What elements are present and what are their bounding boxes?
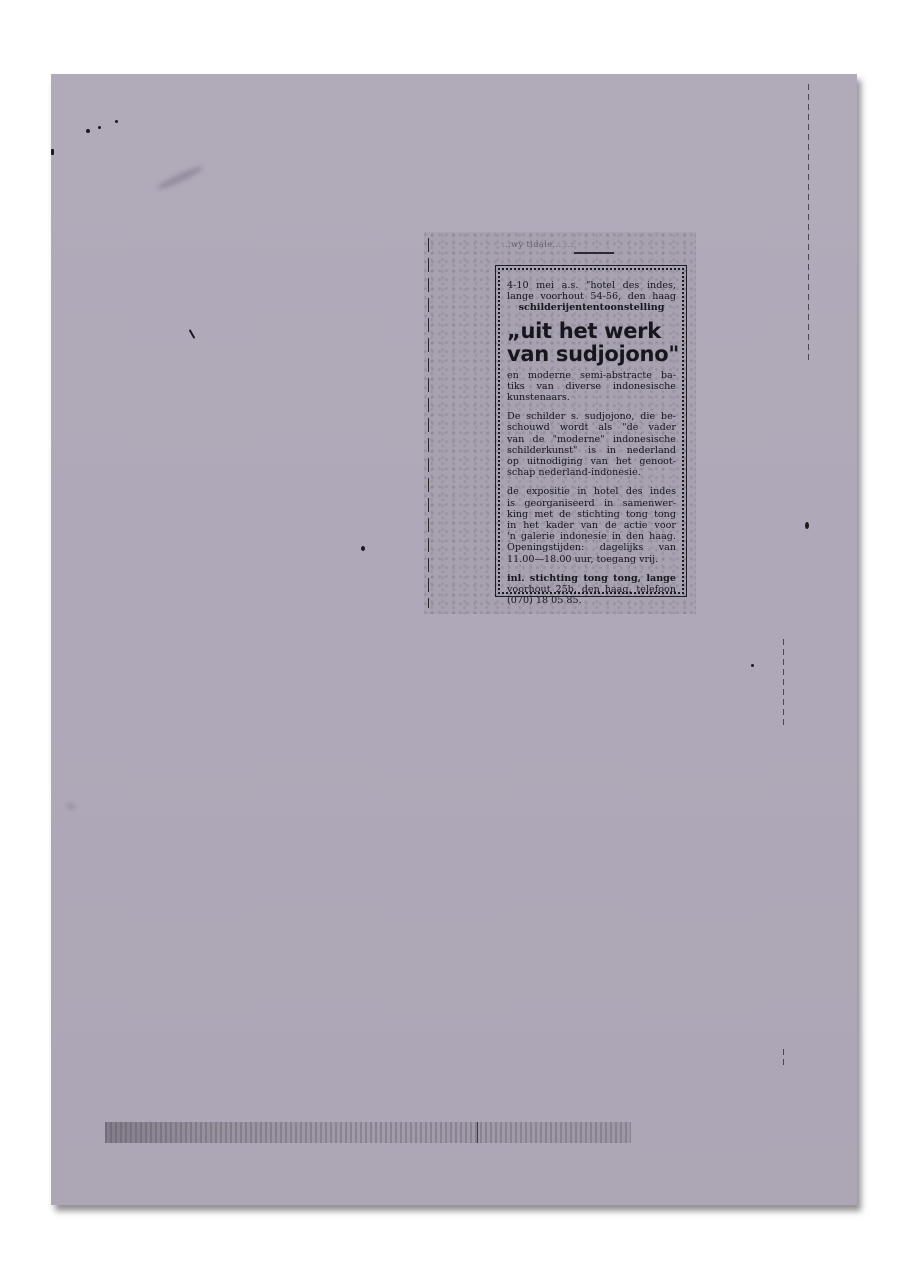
info-line: voorhout 25b, den haag, telefoon	[507, 584, 676, 595]
body-line: schilderkunst" is in nederland	[507, 445, 676, 456]
speck-mark	[805, 522, 809, 529]
smudge-mark	[67, 804, 75, 809]
headline: „uit het werk van sudjojono"	[507, 320, 676, 366]
info-line: (070) 18 05 85.	[507, 595, 676, 606]
copy-edge-line	[783, 1049, 784, 1069]
body-line: 'n galerie indonesie in den haag.	[507, 531, 676, 542]
body-line: van de "moderne" indonesische	[507, 434, 676, 445]
body-line: op uitnodiging van het genoot-	[507, 456, 676, 467]
clipping-rule	[574, 252, 614, 254]
intro-line: lange voorhout 54-56, den haag	[507, 291, 676, 302]
body-line: is georganiseerd in samenwer-	[507, 498, 676, 509]
speck-mark	[115, 120, 118, 123]
body-line: en moderne semi-abstracte ba-	[507, 370, 676, 381]
speck-mark	[361, 546, 365, 551]
photocopy-artifact-strip	[105, 1122, 631, 1143]
headline-line: van sudjojono"	[507, 343, 676, 366]
speck-mark	[86, 129, 90, 133]
speck-mark	[751, 664, 754, 667]
smudge-mark	[156, 164, 205, 192]
speck-mark	[51, 149, 54, 155]
body-line: king met de stichting tong tong	[507, 509, 676, 520]
body-line: tiks van diverse indonesische	[507, 381, 676, 392]
body-line: in het kader van de actie voor	[507, 520, 676, 531]
body-line: schouwd wordt als "de vader	[507, 422, 676, 433]
exhibition-announcement: 4-10 mei a.s. "hotel des indes, lange vo…	[498, 268, 684, 594]
body-line: De schilder s. sudjojono, die be-	[507, 411, 676, 422]
headline-line: „uit het werk	[507, 320, 676, 343]
body-line: Openingstijden: dagelijks van	[507, 542, 676, 553]
body-line: 11.00—18.00 uur, toegang vrij.	[507, 554, 676, 565]
clipping-header-fragment: ...wy tidale... ...	[502, 240, 574, 249]
copy-edge-line	[808, 84, 809, 364]
body-line: schap nederland-indonesie.	[507, 467, 676, 478]
speck-mark	[98, 126, 101, 129]
subheading: schilderijententoonstelling	[507, 302, 676, 313]
copy-edge-line	[783, 639, 784, 729]
body-line: kunstenaars.	[507, 392, 676, 403]
info-line: inl. stichting tong tong, lange	[507, 573, 676, 584]
intro-line: 4-10 mei a.s. "hotel des indes,	[507, 280, 676, 291]
speck-mark	[189, 329, 196, 339]
body-line: de expositie in hotel des indes	[507, 486, 676, 497]
